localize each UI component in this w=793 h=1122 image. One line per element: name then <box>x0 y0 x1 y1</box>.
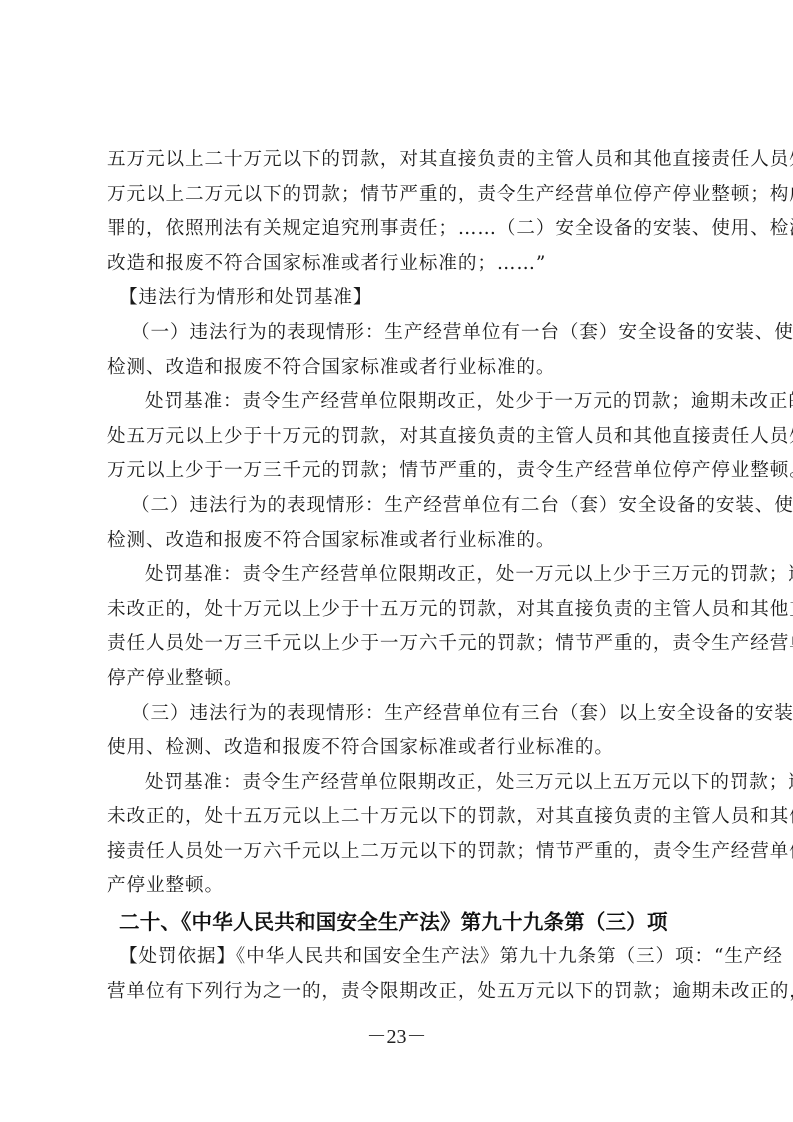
continuation-paragraph: 五万元以上二十万元以下的罚款，对其直接负责的主管人员和其他直接责任人员处一 万元… <box>107 143 693 281</box>
penalty-line: 万元以上少于一万三千元的罚款；情节严重的，责令生产经营单位停产停业整顿。 <box>107 454 693 489</box>
situation-line: 使用、检测、改造和报废不符合国家标准或者行业标准的。 <box>107 731 693 766</box>
case-1: （一）违法行为的表现情形：生产经营单位有一台（套）安全设备的安装、使用、 检测、… <box>107 316 693 489</box>
penalty-basis-paragraph: 【处罚依据】《中华人民共和国安全生产法》第九十九条第（三）项：“生产经 营单位有… <box>107 940 693 1009</box>
situation-line: （二）违法行为的表现情形：生产经营单位有二台（套）安全设备的安装、使用、 <box>107 489 693 524</box>
penalty-line: 未改正的，处十万元以上少于十五万元的罚款，对其直接负责的主管人员和其他直接 <box>107 593 693 628</box>
penalty-line: 未改正的，处十五万元以上二十万元以下的罚款，对其直接负责的主管人员和其他直 <box>107 800 693 835</box>
situation-line: 检测、改造和报废不符合国家标准或者行业标准的。 <box>107 524 693 559</box>
situation-line: （一）违法行为的表现情形：生产经营单位有一台（套）安全设备的安装、使用、 <box>107 316 693 351</box>
text-line: 罪的，依照刑法有关规定追究刑事责任；……（二）安全设备的安装、使用、检测、 <box>107 212 693 247</box>
penalty-line: 处五万元以上少于十万元的罚款，对其直接负责的主管人员和其他直接责任人员处一 <box>107 420 693 455</box>
section-label: 【违法行为情形和处罚基准】 <box>107 281 693 316</box>
case-3: （三）违法行为的表现情形：生产经营单位有三台（套）以上安全设备的安装、 使用、检… <box>107 697 693 905</box>
basis-line: 【处罚依据】《中华人民共和国安全生产法》第九十九条第（三）项：“生产经 <box>107 940 693 975</box>
penalty-line: 处罚基准：责令生产经营单位限期改正，处一万元以上少于三万元的罚款；逾期 <box>107 558 693 593</box>
document-page: 五万元以上二十万元以下的罚款，对其直接负责的主管人员和其他直接责任人员处一 万元… <box>107 143 693 1009</box>
penalty-line: 接责任人员处一万六千元以上二万元以下的罚款；情节严重的，责令生产经营单位停 <box>107 835 693 870</box>
penalty-line: 处罚基准：责令生产经营单位限期改正，处三万元以上五万元以下的罚款；逾期 <box>107 766 693 801</box>
penalty-line: 责任人员处一万三千元以上少于一万六千元的罚款；情节严重的，责令生产经营单位 <box>107 627 693 662</box>
text-line: 五万元以上二十万元以下的罚款，对其直接负责的主管人员和其他直接责任人员处一 <box>107 143 693 178</box>
situation-line: 检测、改造和报废不符合国家标准或者行业标准的。 <box>107 351 693 386</box>
penalty-line: 停产停业整顿。 <box>107 662 693 697</box>
penalty-line: 处罚基准：责令生产经营单位限期改正，处少于一万元的罚款；逾期未改正的， <box>107 385 693 420</box>
section-heading: 二十、《中华人民共和国安全生产法》第九十九条第（三）项 <box>107 904 693 940</box>
situation-line: （三）违法行为的表现情形：生产经营单位有三台（套）以上安全设备的安装、 <box>107 697 693 732</box>
penalty-line: 产停业整顿。 <box>107 869 693 904</box>
page-number: －23－ <box>0 1020 793 1049</box>
text-line: 万元以上二万元以下的罚款；情节严重的，责令生产经营单位停产停业整顿；构成犯 <box>107 178 693 213</box>
case-2: （二）违法行为的表现情形：生产经营单位有二台（套）安全设备的安装、使用、 检测、… <box>107 489 693 697</box>
basis-line: 营单位有下列行为之一的，责令限期改正，处五万元以下的罚款；逾期未改正的，处 <box>107 975 693 1010</box>
text-line: 改造和报废不符合国家标准或者行业标准的；……” <box>107 247 693 282</box>
